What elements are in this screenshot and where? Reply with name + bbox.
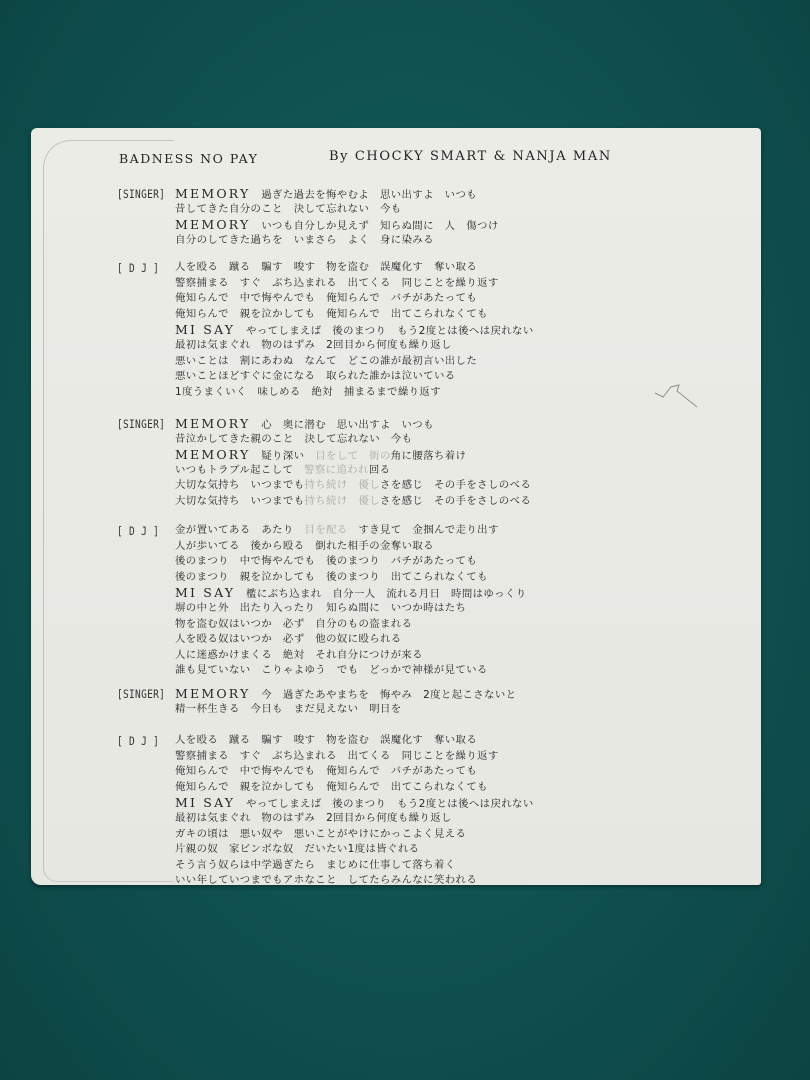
lyric-lines: 人を殴る 蹴る 騙す 唆す 物を盗む 誤魔化す 奪い取る警察捕まる すぐ ぶち込…	[175, 733, 534, 889]
lyric-line: いい年していつまでもアホなこと してたらみんなに笑われる	[175, 873, 534, 889]
lyric-line: 後のまつり 親を泣かしても 後のまつり 出てこられなくても	[175, 570, 527, 586]
lyric-line: 俺知らんで 中で悔やんでも 俺知らんで バチがあたっても	[175, 291, 534, 307]
lyric-line: 金が置いてある あたり 目を配る すき見て 金掴んで走り出す	[175, 523, 527, 539]
lyric-line: 人を殴る 蹴る 騙す 唆す 物を盗む 誤魔化す 奪い取る	[175, 733, 534, 749]
lyric-line: 精一杯生きる 今日も まだ見えない 明日を	[175, 702, 516, 718]
lyric-line: 誰も見ていない こりゃよゆう でも どっかで神様が見ている	[175, 663, 527, 679]
lyric-line: いつもトラブル起こして 警察に追われ回る	[175, 463, 531, 479]
section-label: [SINGER]	[117, 418, 165, 432]
lyric-line: そう言う奴らは中学過ぎたら まじめに仕事して落ち着く	[175, 858, 534, 874]
lyric-line: MEMORY いつも自分しか見えず 知らぬ間に 人 傷つけ	[175, 217, 499, 233]
section-label: [ D J ]	[117, 262, 159, 276]
section-label: [ D J ]	[117, 735, 159, 749]
lyric-line: MI SAY やってしまえば 後のまつり もう2度とは後へは戻れない	[175, 322, 534, 338]
lyric-line: 1度うまくいく 味しめる 絶対 捕まるまで繰り返す	[175, 385, 534, 401]
lyric-line: 悪いことほどすぐに金になる 取られた誰かは泣いている	[175, 369, 534, 385]
lyric-line: 人が歩いてる 後から殴る 倒れた相手の金奪い取る	[175, 539, 527, 555]
lyric-line: 昔泣かしてきた親のこと 決して忘れない 今も	[175, 432, 531, 448]
lyric-line: MEMORY 今 過ぎたあやまちを 悔やみ 2度と起こさないと	[175, 686, 516, 702]
lyric-line: 昔してきた自分のこと 決して忘れない 今も	[175, 202, 499, 218]
section-label: [SINGER]	[117, 688, 165, 702]
lyric-line: 人を殴る奴はいつか 必ず 他の奴に殴られる	[175, 632, 527, 648]
lyric-line: 大切な気持ち いつまでも持ち続け 優しさを感じ その手をさしのべる	[175, 478, 531, 494]
lyric-line: MI SAY やってしまえば 後のまつり もう2度とは後へは戻れない	[175, 795, 534, 811]
lyric-lines: MEMORY 過ぎた過去を悔やむよ 思い出すよ いつも昔してきた自分のこと 決し…	[175, 186, 499, 248]
pencil-mark-icon	[651, 373, 711, 413]
section-label: [ D J ]	[117, 525, 159, 539]
lyric-line: 後のまつり 中で悔やんでも 後のまつり バチがあたっても	[175, 554, 527, 570]
lyric-line: 悪いことは 割にあわぬ なんて どこの誰が最初言い出した	[175, 354, 534, 370]
lyric-line: 塀の中と外 出たり入ったり 知らぬ間に いつか時はたち	[175, 601, 527, 617]
lyric-line: ガキの頃は 悪い奴や 悪いことがやけにかっこよく見える	[175, 827, 534, 843]
lyric-lines: MEMORY 心 奥に潜む 思い出すよ いつも昔泣かしてきた親のこと 決して忘れ…	[175, 416, 531, 510]
artist-credit: By CHOCKY SMART & NANJA MAN	[329, 149, 612, 164]
sleeve-fold-line	[43, 140, 174, 882]
lyric-lines: 金が置いてある あたり 目を配る すき見て 金掴んで走り出す人が歩いてる 後から…	[175, 523, 527, 679]
section-label: [SINGER]	[117, 188, 165, 202]
lyric-line: 俺知らんで 中で悔やんでも 俺知らんで バチがあたっても	[175, 764, 534, 780]
lyric-line: MEMORY 疑り深い 目をして 街の角に腰落ち着け	[175, 447, 531, 463]
lyric-line: MEMORY 過ぎた過去を悔やむよ 思い出すよ いつも	[175, 186, 499, 202]
lyric-line: MI SAY 檻にぶち込まれ 自分一人 流れる月日 時間はゆっくり	[175, 585, 527, 601]
lyric-line: 警察捕まる すぐ ぶち込まれる 出てくる 同じことを繰り返す	[175, 749, 534, 765]
lyric-line: 片親の奴 家ビンボな奴 だいたい1度は皆ぐれる	[175, 842, 534, 858]
lyric-line: 大切な気持ち いつまでも持ち続け 優しさを感じ その手をさしのべる	[175, 494, 531, 510]
lyric-line: 俺知らんで 親を泣かしても 俺知らんで 出てこられなくても	[175, 780, 534, 796]
lyric-line: 自分のしてきた過ちを いまさら よく 身に染みる	[175, 233, 499, 249]
lyric-line: 最初は気まぐれ 物のはずみ 2回目から何度も繰り返し	[175, 338, 534, 354]
lyric-lines: MEMORY 今 過ぎたあやまちを 悔やみ 2度と起こさないと精一杯生きる 今日…	[175, 686, 516, 717]
lyric-line: MEMORY 心 奥に潜む 思い出すよ いつも	[175, 416, 531, 432]
lyric-lines: 人を殴る 蹴る 騙す 唆す 物を盗む 誤魔化す 奪い取る警察捕まる すぐ ぶち込…	[175, 260, 534, 400]
lyric-line: 俺知らんで 親を泣かしても 俺知らんで 出てこられなくても	[175, 307, 534, 323]
lyric-line: 人に迷惑かけまくる 絶対 それ自分につけが来る	[175, 648, 527, 664]
song-title: BADNESS NO PAY	[119, 151, 258, 166]
lyric-line: 人を殴る 蹴る 騙す 唆す 物を盗む 誤魔化す 奪い取る	[175, 260, 534, 276]
lyric-sheet: BADNESS NO PAY By CHOCKY SMART & NANJA M…	[31, 128, 761, 885]
lyric-line: 最初は気まぐれ 物のはずみ 2回目から何度も繰り返し	[175, 811, 534, 827]
lyric-line: 物を盗む奴はいつか 必ず 自分のもの盗まれる	[175, 617, 527, 633]
lyric-line: 警察捕まる すぐ ぶち込まれる 出てくる 同じことを繰り返す	[175, 276, 534, 292]
